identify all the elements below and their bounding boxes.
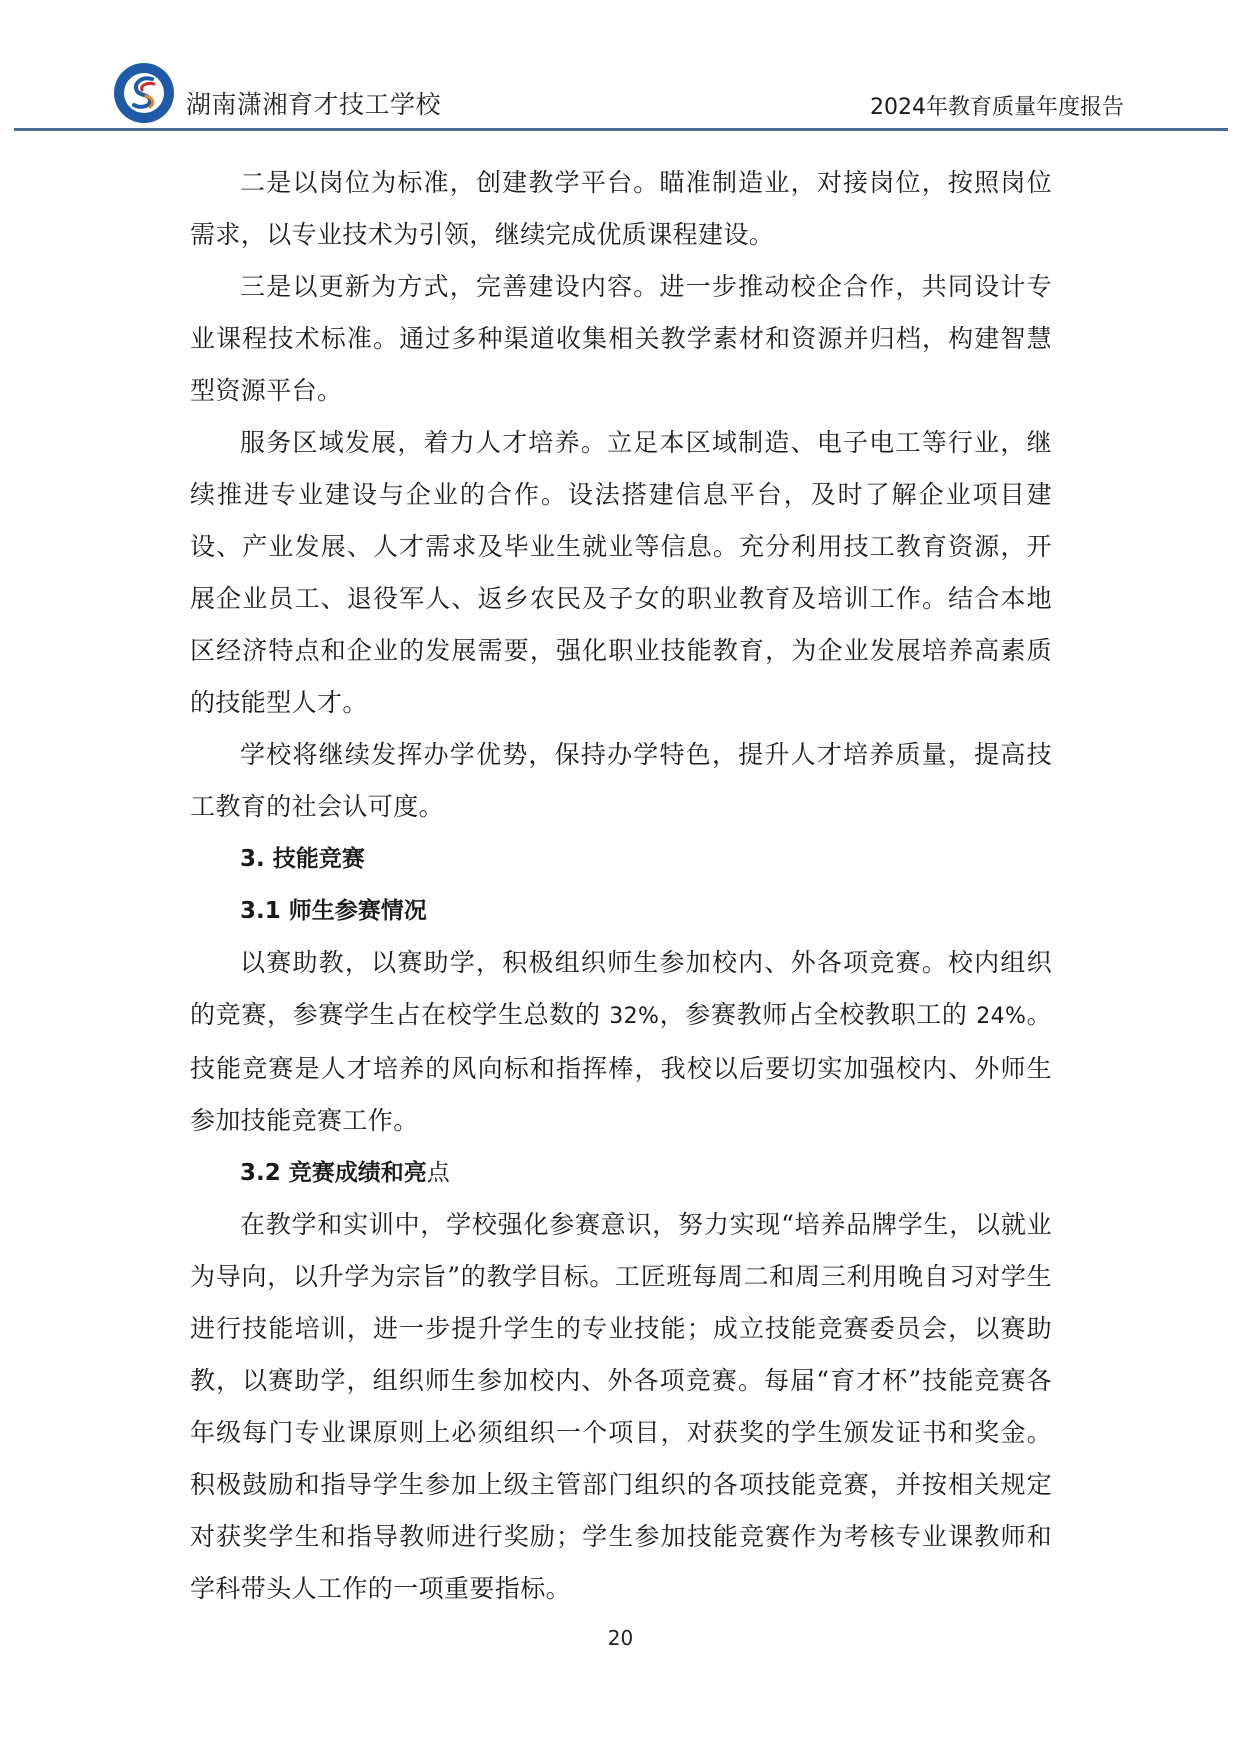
teacher-participation-percent: 24%	[976, 1004, 1026, 1029]
school-name: 湖南潇湘育才技工学校	[186, 90, 441, 120]
page-header: 湖南潇湘育才技工学校 2024年教育质量年度报告	[0, 0, 1241, 140]
achievements-title-light: 点	[427, 1160, 450, 1186]
document-body: 二是以岗位为标准，创建教学平台。瞄准制造业，对接岗位，按照岗位需求，以专业技术为…	[190, 157, 1052, 1615]
section-heading-skills-competition: 3. 技能竞赛	[190, 833, 1052, 885]
school-emblem-icon	[113, 62, 175, 124]
paragraph-regional-service: 服务区域发展，着力人才培养。立足本区域制造、电子电工等行业，继续推进专业建设与企…	[190, 417, 1052, 729]
achievements-title-bold: 3.2 竞赛成绩和亮	[240, 1160, 427, 1186]
paragraph-achievements: 在教学和实训中，学校强化参赛意识，努力实现“培养品牌学生，以就业为导向，以升学为…	[190, 1199, 1052, 1615]
paragraph-school-outlook: 学校将继续发挥办学优势，保持办学特色，提升人才培养质量，提高技工教育的社会认可度…	[190, 729, 1052, 833]
paragraph-content-update: 三是以更新为方式，完善建设内容。进一步推动校企合作，共同设计专业课程技术标准。通…	[190, 261, 1052, 417]
student-participation-percent: 32%	[609, 1004, 659, 1029]
participation-text-2: ，参赛教师占全校教职工的	[659, 1000, 976, 1029]
subsection-heading-achievements: 3.2 竞赛成绩和亮点	[190, 1147, 1052, 1199]
page-number: 20	[0, 1626, 1241, 1650]
header-divider	[14, 128, 1228, 131]
paragraph-platform: 二是以岗位为标准，创建教学平台。瞄准制造业，对接岗位，按照岗位需求，以专业技术为…	[190, 157, 1052, 261]
report-title: 2024年教育质量年度报告	[870, 94, 1124, 122]
subsection-heading-participation: 3.1 师生参赛情况	[190, 885, 1052, 937]
paragraph-participation: 以赛助教，以赛助学，积极组织师生参加校内、外各项竞赛。校内组织的竞赛，参赛学生占…	[190, 937, 1052, 1147]
